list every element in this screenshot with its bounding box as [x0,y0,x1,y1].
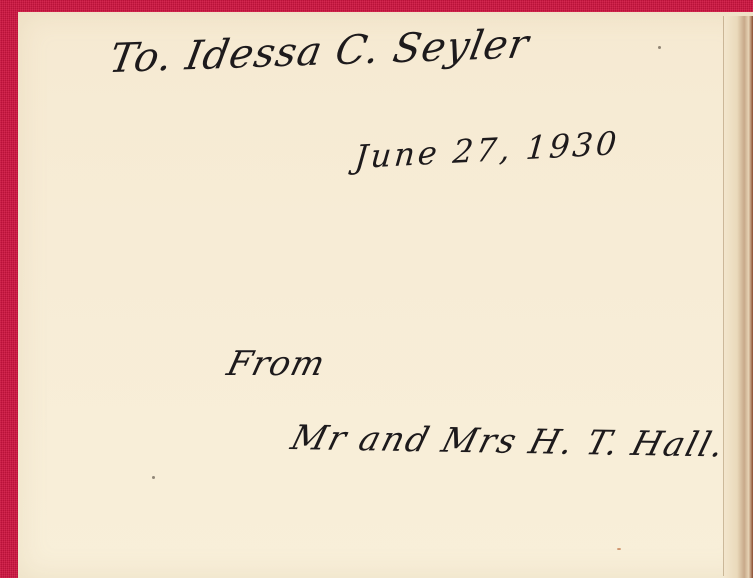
page-edge-stack [724,16,753,578]
paper-speck [617,548,621,550]
endpaper-page [18,12,753,578]
inscription-givers: Mr and Mrs H. T. Hall. [287,418,731,465]
inscription-from-label: From [223,344,330,384]
paper-speck [658,46,661,49]
paper-speck [152,476,155,479]
